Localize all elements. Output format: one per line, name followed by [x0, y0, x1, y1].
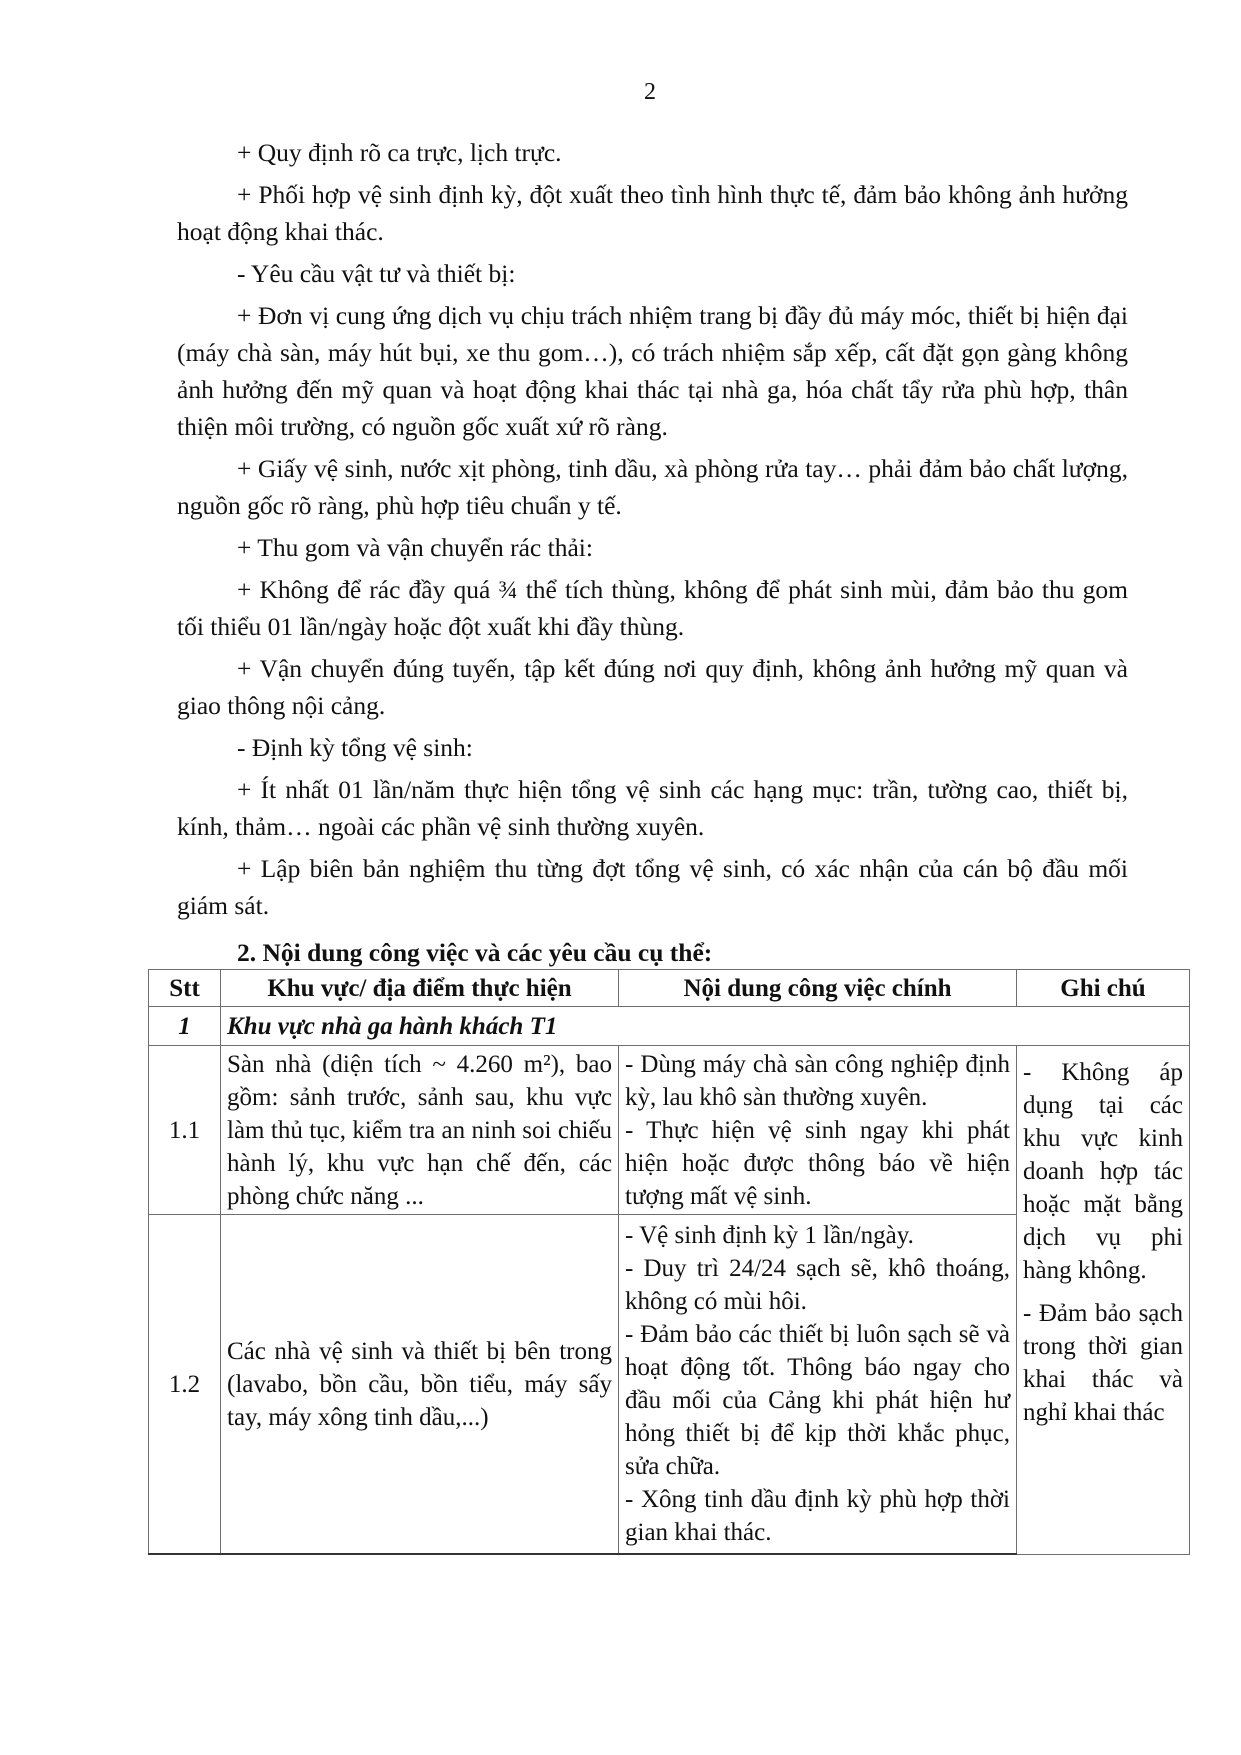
section-title: Khu vực nhà ga hành khách T1 — [221, 1007, 1190, 1046]
paragraph-equipment: + Đơn vị cung ứng dịch vụ chịu trách nhi… — [177, 297, 1128, 445]
content-item: - Đảm bảo các thiết bị luôn sạch sẽ và h… — [625, 1318, 1010, 1483]
section-heading: 2. Nội dung công việc và các yêu cầu cụ … — [177, 934, 1128, 971]
note-item: - Không áp dụng tại các khu vực kinh doa… — [1023, 1056, 1183, 1287]
paragraph-materials-heading: - Yêu cầu vật tư và thiết bị: — [177, 255, 1128, 292]
content-item: - Xông tinh dầu định kỳ phù hợp thời gia… — [625, 1483, 1010, 1549]
table-row: 1.1 Sàn nhà (diện tích ~ 4.260 m²), bao … — [149, 1046, 1190, 1215]
header-stt: Stt — [149, 970, 221, 1007]
table-section-row: 1 Khu vực nhà ga hành khách T1 — [149, 1007, 1190, 1046]
row-area: Các nhà vệ sinh và thiết bị bên trong (l… — [221, 1215, 619, 1555]
paragraph-general-cleaning-heading: - Định kỳ tổng vệ sinh: — [177, 729, 1128, 766]
paragraph-supplies: + Giấy vệ sinh, nước xịt phòng, tinh dầu… — [177, 450, 1128, 524]
content-item: - Thực hiện vệ sinh ngay khi phát hiện h… — [625, 1114, 1010, 1213]
header-area: Khu vực/ địa điểm thực hiện — [221, 970, 619, 1007]
paragraph-periodic-cleaning: + Phối hợp vệ sinh định kỳ, đột xuất the… — [177, 176, 1128, 250]
row-content: - Vệ sinh định kỳ 1 lần/ngày. - Duy trì … — [619, 1215, 1017, 1555]
header-note: Ghi chú — [1017, 970, 1190, 1007]
row-area: Sàn nhà (diện tích ~ 4.260 m²), bao gồm:… — [221, 1046, 619, 1215]
paragraph-duty-schedule: + Quy định rõ ca trực, lịch trực. — [177, 134, 1128, 171]
section-stt: 1 — [149, 1007, 221, 1046]
paragraph-acceptance-record: + Lập biên bản nghiệm thu từng đợt tổng … — [177, 850, 1128, 924]
paragraph-annual-cleaning: + Ít nhất 01 lần/năm thực hiện tổng vệ s… — [177, 771, 1128, 845]
row-stt: 1.2 — [149, 1215, 221, 1555]
note-item: - Đảm bảo sạch trong thời gian khai thác… — [1023, 1297, 1183, 1429]
work-table: Stt Khu vực/ địa điểm thực hiện Nội dung… — [148, 969, 1190, 1555]
header-content: Nội dung công việc chính — [619, 970, 1017, 1007]
row-content: - Dùng máy chà sàn công nghiệp định kỳ, … — [619, 1046, 1017, 1215]
document-body: + Quy định rõ ca trực, lịch trực. + Phối… — [177, 134, 1128, 971]
paragraph-waste-bins: + Không để rác đầy quá ¾ thể tích thùng,… — [177, 571, 1128, 645]
content-item: - Dùng máy chà sàn công nghiệp định kỳ, … — [625, 1048, 1010, 1114]
row-stt: 1.1 — [149, 1046, 221, 1215]
paragraph-waste-transport: + Vận chuyển đúng tuyến, tập kết đúng nơ… — [177, 650, 1128, 724]
page-number: 2 — [0, 76, 1241, 108]
row-note: - Không áp dụng tại các khu vực kinh doa… — [1017, 1046, 1190, 1555]
content-item: - Duy trì 24/24 sạch sẽ, khô thoáng, khô… — [625, 1252, 1010, 1318]
table-header-row: Stt Khu vực/ địa điểm thực hiện Nội dung… — [149, 970, 1190, 1007]
content-item: - Vệ sinh định kỳ 1 lần/ngày. — [625, 1219, 1010, 1252]
paragraph-waste-heading: + Thu gom và vận chuyển rác thải: — [177, 529, 1128, 566]
